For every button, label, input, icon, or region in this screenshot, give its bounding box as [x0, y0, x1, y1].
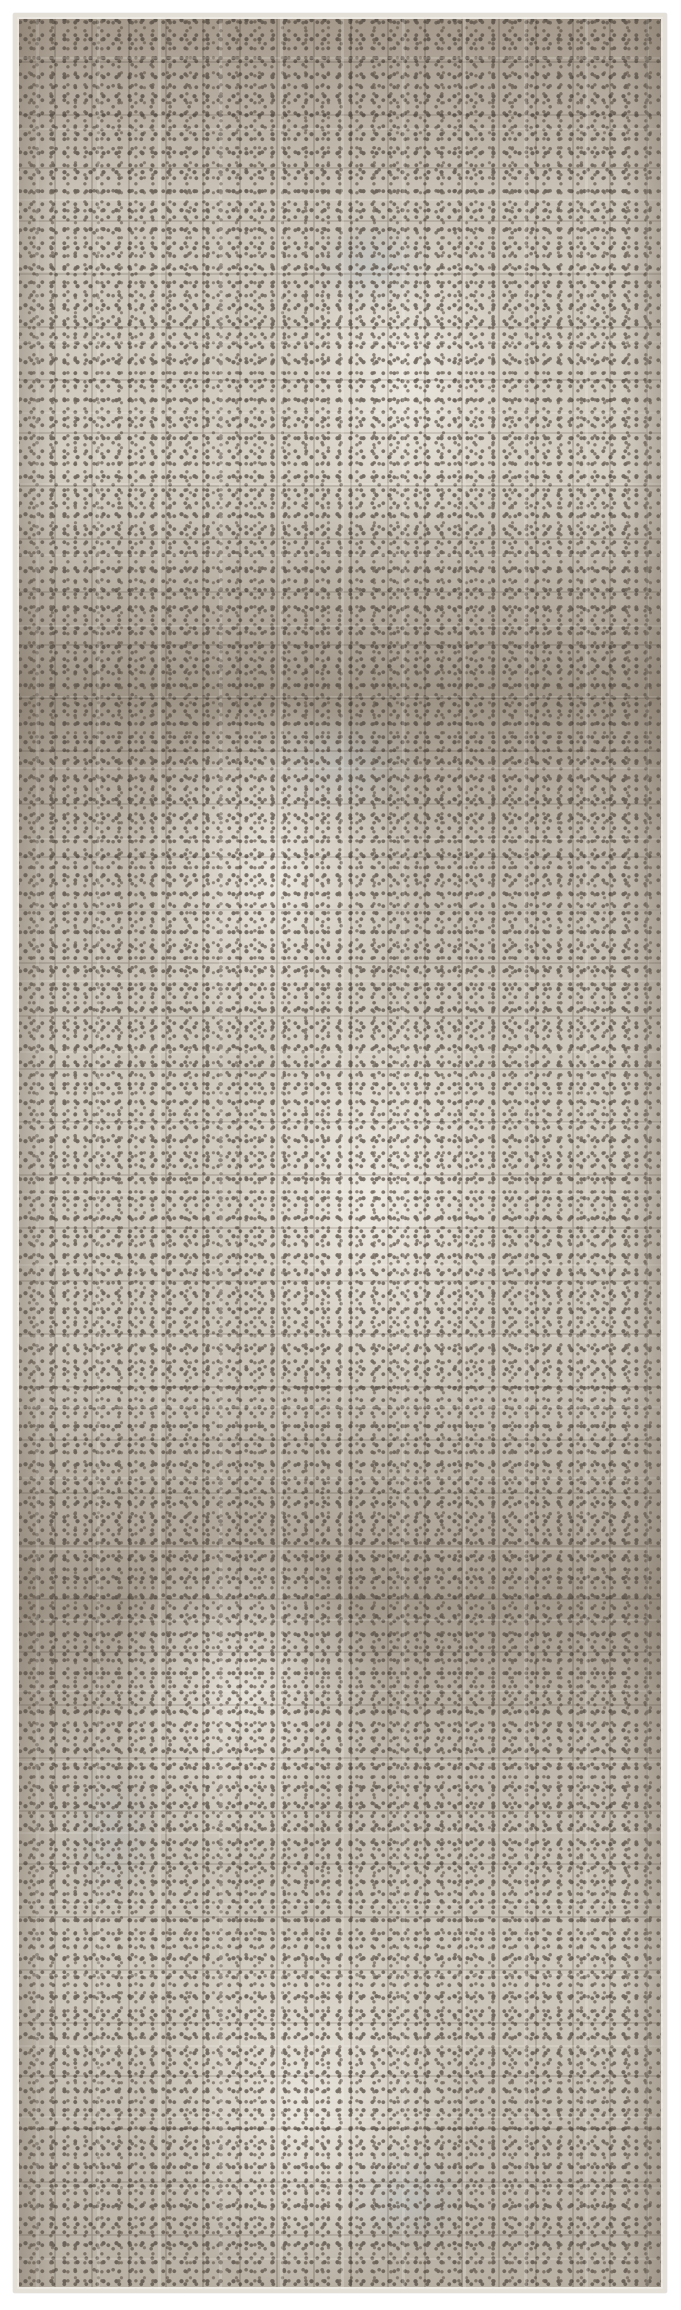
rug-edge-shading — [17, 17, 663, 2289]
rug-runner — [13, 13, 667, 2293]
product-photo — [0, 0, 681, 2310]
